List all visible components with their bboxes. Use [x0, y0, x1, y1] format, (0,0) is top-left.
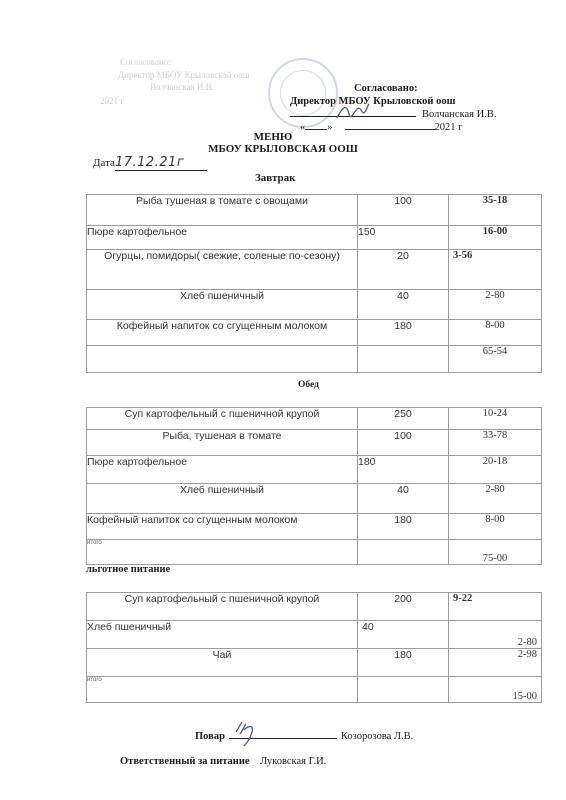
dish-qty: 180	[358, 456, 449, 484]
dish-price: 9-22	[449, 593, 542, 621]
day-blank	[305, 129, 327, 130]
total-price: 15-00	[449, 677, 542, 703]
dish-qty	[358, 346, 449, 373]
dish-name: Пюре картофельное	[87, 456, 358, 484]
table-row-total: итого 15-00	[87, 677, 542, 703]
dish-price: 20-18	[449, 456, 542, 484]
dish-price: 2-80	[449, 290, 542, 320]
bleed-through-text: Волчанская И.В.	[150, 82, 214, 92]
dish-name: Рыба, тушеная в томате	[87, 430, 358, 456]
dish-price: 8-00	[449, 514, 542, 540]
table-row: Суп картофельный с пшеничной крупой 250 …	[87, 408, 542, 430]
approval-heading: Согласовано:	[290, 82, 496, 95]
dish-qty: 40	[358, 621, 449, 649]
table-row: Суп картофельный с пшеничной крупой 200 …	[87, 593, 542, 621]
breakfast-title: Завтрак	[255, 172, 295, 184]
dish-name	[87, 346, 358, 373]
table-row: Рыба, тушеная в томате 100 33-78	[87, 430, 542, 456]
dish-qty: 180	[358, 514, 449, 540]
bleed-through-text: Согласовано:	[120, 57, 171, 67]
table-row: Хлеб пшеничный 40 2-80	[87, 484, 542, 514]
approval-block: Согласовано: Директор МБОУ Крыловской оо…	[290, 82, 496, 134]
table-row: Чай 180 2-98	[87, 649, 542, 677]
dish-qty: 180	[358, 320, 449, 346]
dish-name: Хлеб пшеничный	[87, 621, 358, 649]
dish-qty: 100	[358, 195, 449, 226]
subsidized-title: льготное питание	[86, 564, 170, 575]
dish-price: 10-24	[449, 408, 542, 430]
dish-name: Суп картофельный с пшеничной крупой	[87, 593, 358, 621]
table-row-total: итого 75-00	[87, 540, 542, 565]
responsible-label: Ответственный за питание	[120, 756, 250, 767]
dish-name: Кофейный напиток со сгущенным молоком	[87, 514, 358, 540]
approval-signatory-line: Волчанская И.В.	[290, 108, 496, 121]
total-label: итого	[87, 677, 358, 703]
approval-signatory: Волчанская И.В.	[422, 109, 496, 120]
dish-qty: 20	[358, 250, 449, 290]
dish-qty: 40	[358, 484, 449, 514]
dish-name: Огурцы, помидоры( свежие, соленые по-сез…	[87, 250, 358, 290]
dish-qty: 100	[358, 430, 449, 456]
lunch-table: Суп картофельный с пшеничной крупой 250 …	[86, 407, 542, 565]
dish-qty: 40	[358, 290, 449, 320]
table-row: Пюре картофельное 150 16-00	[87, 226, 542, 250]
table-row: Пюре картофельное 180 20-18	[87, 456, 542, 484]
dish-name: Хлеб пшеничный	[87, 290, 358, 320]
date-field: Дата17.12.21г	[93, 155, 207, 171]
dish-name: Хлеб пшеничный	[87, 484, 358, 514]
total-label: итого	[87, 540, 358, 565]
table-row: Кофейный напиток со сгущенным молоком 18…	[87, 320, 542, 346]
table-row: Хлеб пшеничный 40 2-80	[87, 621, 542, 649]
dish-qty: 200	[358, 593, 449, 621]
date-value: 17.12.21г	[115, 155, 207, 171]
responsible-name: Луковская Г.И.	[260, 756, 326, 767]
approval-position: Директор МБОУ Крыловской оош	[290, 95, 496, 108]
school-name: МБОУ КРЫЛОВСКАЯ ООШ	[0, 143, 566, 155]
cook-signature-icon	[232, 718, 260, 748]
cook-name: Козорозова Л.В.	[341, 731, 413, 742]
dish-name: Кофейный напиток со сгущенным молоком	[87, 320, 358, 346]
table-row: Хлеб пшеничный 40 2-80	[87, 290, 542, 320]
dish-price: 2-98	[449, 649, 542, 677]
cook-signature-line: ПоварКозорозова Л.В.	[195, 731, 413, 742]
cook-label: Повар	[195, 731, 225, 742]
dish-price: 35-18	[449, 195, 542, 226]
bleed-through-text: 2021 г	[100, 96, 124, 106]
date-label: Дата	[93, 157, 115, 169]
breakfast-table: Рыба тушеная в томате с овощами 100 35-1…	[86, 194, 542, 373]
dish-qty	[358, 540, 449, 565]
dish-name: Суп картофельный с пшеничной крупой	[87, 408, 358, 430]
dish-price: 33-78	[449, 430, 542, 456]
bleed-through-text: Директор МБОУ Крыловской оош	[118, 70, 250, 80]
dish-price: 2-80	[449, 484, 542, 514]
menu-title: МЕНЮ	[0, 131, 556, 143]
subsidized-table: Суп картофельный с пшеничной крупой 200 …	[86, 592, 542, 703]
total-price: 65-54	[449, 346, 542, 373]
dish-qty: 180	[358, 649, 449, 677]
dish-price: 2-80	[449, 621, 542, 649]
dish-price: 8-00	[449, 320, 542, 346]
dish-price: 16-00	[449, 226, 542, 250]
dish-price: 3-56	[449, 250, 542, 290]
responsible-line: Ответственный за питание Луковская Г.И.	[120, 756, 326, 767]
director-signature-icon	[335, 100, 371, 122]
lunch-title: Обед	[298, 380, 319, 390]
dish-name: Рыба тушеная в томате с овощами	[87, 195, 358, 226]
dish-qty: 150	[358, 226, 449, 250]
table-row: Кофейный напиток со сгущенным молоком 18…	[87, 514, 542, 540]
total-price: 75-00	[449, 540, 542, 565]
table-row-total: 65-54	[87, 346, 542, 373]
dish-qty	[358, 677, 449, 703]
table-row: Огурцы, помидоры( свежие, соленые по-сез…	[87, 250, 542, 290]
month-blank	[345, 129, 435, 130]
dish-name: Чай	[87, 649, 358, 677]
dish-qty: 250	[358, 408, 449, 430]
dish-name: Пюре картофельное	[87, 226, 358, 250]
table-row: Рыба тушеная в томате с овощами 100 35-1…	[87, 195, 542, 226]
